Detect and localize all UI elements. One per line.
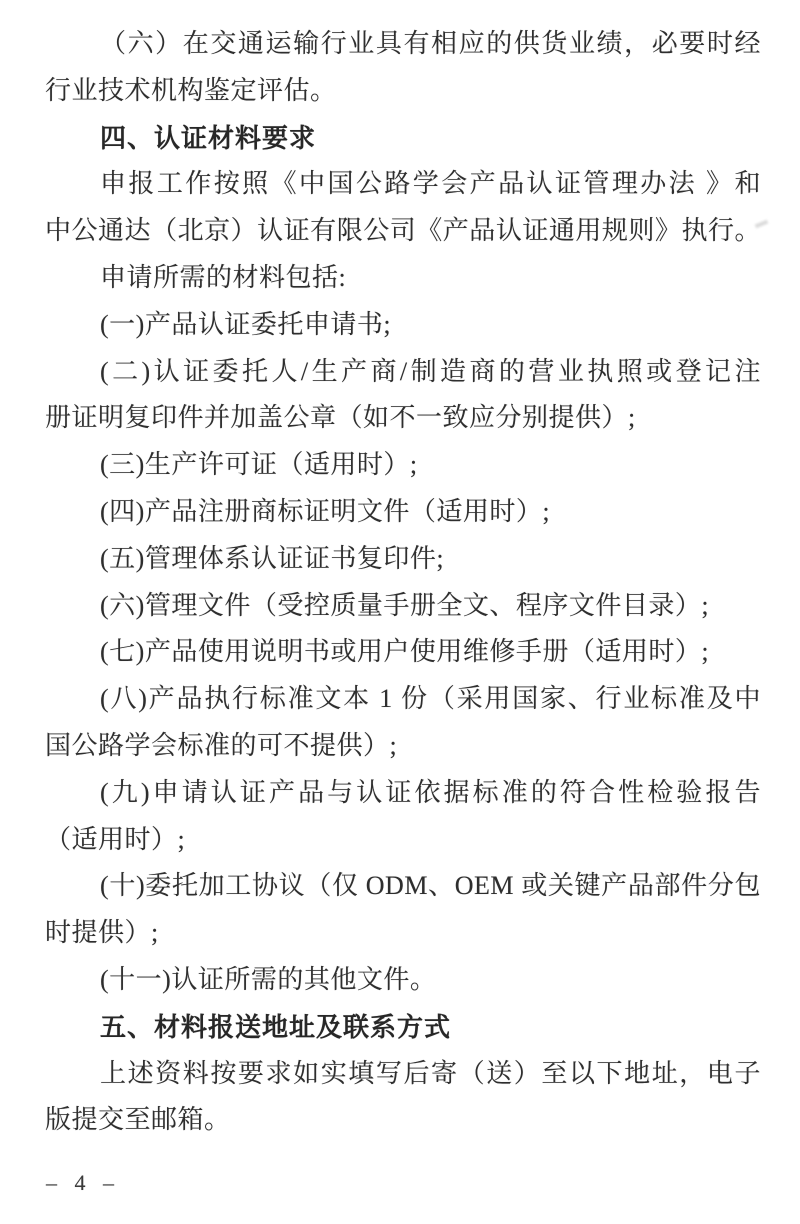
text-line: 国公路学会标准的可不提供）; (45, 723, 761, 770)
text-line: (七)产品使用说明书或用户使用维修手册（适用时）; (45, 629, 761, 676)
document-body: （六）在交通运输行业具有相应的供货业绩，必要时经行业技术机构鉴定评估。四、认证材… (45, 21, 761, 1144)
text-line: （六）在交通运输行业具有相应的供货业绩，必要时经 (45, 21, 761, 68)
text-line: (五)管理体系认证证书复印件; (45, 536, 761, 583)
section-heading: 五、材料报送地址及联系方式 (45, 1004, 761, 1051)
page-number: – 4 – (46, 1168, 120, 1198)
text-line: (八)产品执行标准文本 1 份（采用国家、行业标准及中 (45, 676, 761, 723)
text-line: 申报工作按照《中国公路学会产品认证管理办法 》和 (45, 161, 761, 208)
text-line: 行业技术机构鉴定评估。 (45, 68, 761, 115)
text-line: (九)申请认证产品与认证依据标准的符合性检验报告 (45, 770, 761, 817)
text-line: 申请所需的材料包括: (45, 255, 761, 302)
text-line: 版提交至邮箱。 (45, 1097, 761, 1144)
text-line: 时提供）; (45, 910, 761, 957)
text-line: 上述资料按要求如实填写后寄（送）至以下地址，电子 (45, 1051, 761, 1098)
text-line: (十一)认证所需的其他文件。 (45, 957, 761, 1004)
document-page: （六）在交通运输行业具有相应的供货业绩，必要时经行业技术机构鉴定评估。四、认证材… (0, 0, 800, 1224)
text-line: (二)认证委托人/生产商/制造商的营业执照或登记注 (45, 349, 761, 396)
section-heading: 四、认证材料要求 (45, 115, 761, 162)
text-line: （适用时）; (45, 817, 761, 864)
text-line: 中公通达（北京）认证有限公司《产品认证通用规则》执行。 (45, 208, 761, 255)
text-line: (四)产品注册商标证明文件（适用时）; (45, 489, 761, 536)
text-line: (六)管理文件（受控质量手册全文、程序文件目录）; (45, 583, 761, 630)
text-line: (一)产品认证委托申请书; (45, 302, 761, 349)
text-line: 册证明复印件并加盖公章（如不一致应分别提供）; (45, 395, 761, 442)
text-line: (三)生产许可证（适用时）; (45, 442, 761, 489)
text-line: (十)委托加工协议（仅 ODM、OEM 或关键产品部件分包 (45, 863, 761, 910)
